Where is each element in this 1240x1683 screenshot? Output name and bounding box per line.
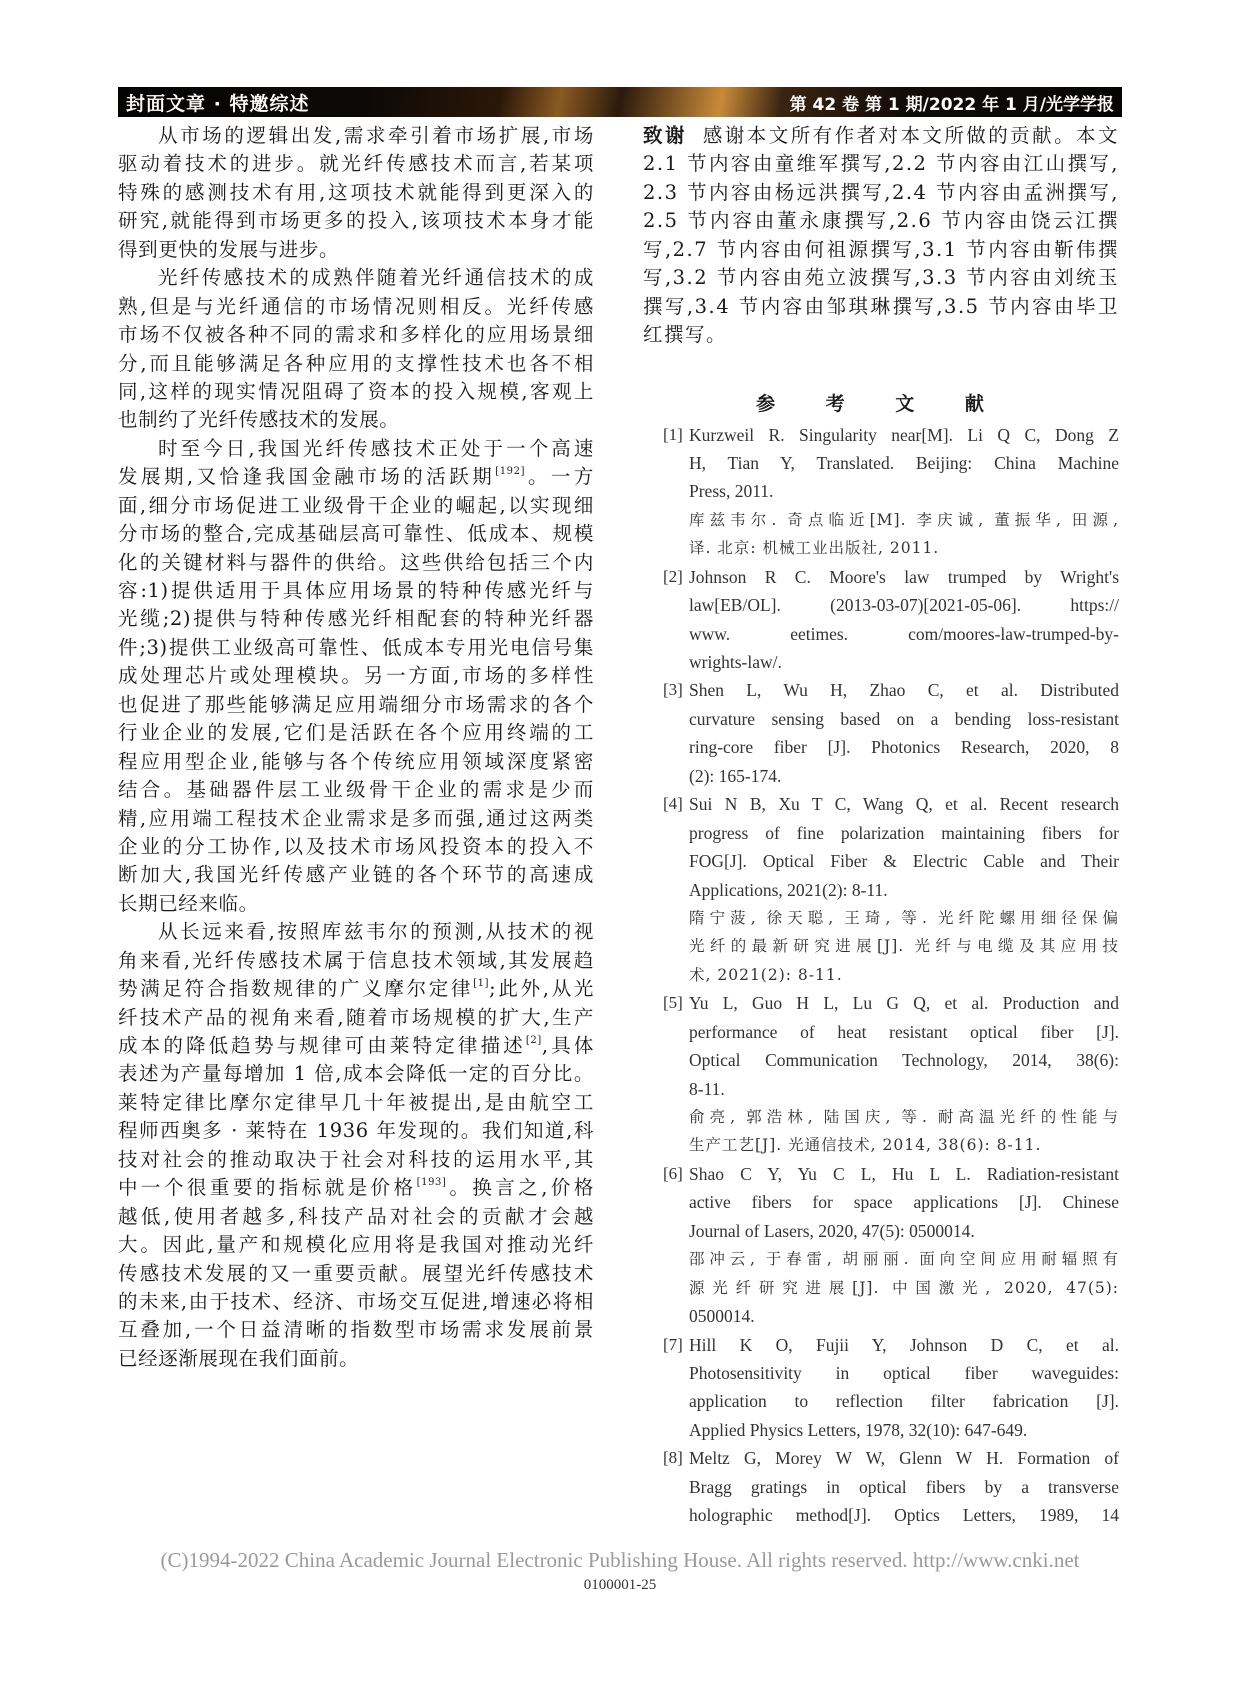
reference-line: 隋宁菠, 徐天聪, 王琦, 等. 光纤陀螺用细径保偏 — [689, 904, 1119, 932]
body-line: 熟,但是与光纤通信的市场情况则相反。光纤传感 — [118, 293, 594, 321]
reference-line: 术, 2021(2): 8-11. — [689, 961, 1119, 989]
reference-line: 0500014. — [689, 1302, 1119, 1330]
line-text: 面,细分市场促进工业级骨干企业的崛起,以实现细 — [118, 494, 594, 517]
body-line: 件;3)提供工业级高可靠性、低成本专用光电信号集 — [118, 634, 594, 662]
body-line: 光纤传感技术的成熟伴随着光纤通信技术的成 — [118, 264, 594, 292]
body-line: 长期已经来临。 — [118, 890, 594, 918]
acknowledgement-line: 撰写,3.4 节内容由邹琪琳撰写,3.5 节内容由毕卫 — [643, 293, 1119, 321]
body-line: 驱动着技术的进步。就光纤传感技术而言,若某项 — [118, 150, 594, 178]
line-text: 中一个很重要的指标就是价格 — [118, 1176, 417, 1199]
reference-line: active fibers for space applications [J]… — [689, 1188, 1119, 1216]
reference-item: [8]Meltz G, Morey W W, Glenn W H. Format… — [643, 1444, 1119, 1529]
line-text: 时至今日,我国光纤传感技术正处于一个高速 — [158, 437, 594, 460]
line-text: 光缆;2)提供与特种传感光纤相配套的特种光纤器 — [118, 607, 594, 630]
body-line: 也制约了光纤传感技术的发展。 — [118, 406, 594, 434]
reference-line: wrights-law/. — [689, 648, 1119, 676]
reference-line: FOG[J]. Optical Fiber & Electric Cable a… — [689, 847, 1119, 875]
line-text: 程应用型企业,能够与各个传统应用领域深度紧密 — [118, 750, 594, 773]
reference-line: Applications, 2021(2): 8-11. — [689, 876, 1119, 904]
reference-line: progress of fine polarization maintainin… — [689, 819, 1119, 847]
body-line: 越低,使用者越多,科技产品对社会的贡献才会越 — [118, 1203, 594, 1231]
body-line: 容:1)提供适用于具体应用场景的特种传感光纤与 — [118, 577, 594, 605]
reference-number: [7] — [663, 1331, 683, 1359]
body-line: 表述为产量每增加 1 倍,成本会降低一定的百分比。 — [118, 1060, 594, 1088]
reference-line: 生产工艺[J]. 光通信技术, 2014, 38(6): 8-11. — [689, 1131, 1119, 1159]
reference-line: H, Tian Y, Translated. Beijing: China Ma… — [689, 449, 1119, 477]
body-line: 的未来,由于技术、经济、市场交互促进,增速必将相 — [118, 1288, 594, 1316]
acknowledgement-line: 2.5 节内容由董永康撰写,2.6 节内容由饶云江撰 — [643, 207, 1119, 235]
reference-line: Journal of Lasers, 2020, 47(5): 0500014. — [689, 1217, 1119, 1245]
reference-line: Photosensitivity in optical fiber wavegu… — [689, 1359, 1119, 1387]
citation-marker: [1] — [473, 978, 489, 989]
line-text: 发展期,又恰逢我国金融市场的活跃期 — [118, 465, 495, 488]
reference-line: (2): 165-174. — [689, 762, 1119, 790]
reference-line: Press, 2011. — [689, 477, 1119, 505]
citation-marker: [2] — [526, 1035, 542, 1046]
body-line: 结合。基础器件层工业级骨干企业的需求是少而 — [118, 776, 594, 804]
line-text: 2.3 节内容由杨远洪撰写,2.4 节内容由孟洲撰写, — [643, 181, 1119, 204]
line-text: 光纤传感技术的成熟伴随着光纤通信技术的成 — [158, 266, 594, 289]
reference-line: 库兹韦尔. 奇点临近[M]. 李庆诚, 董振华, 田源, — [689, 506, 1119, 534]
line-text: 程师西奥多 · 莱特在 1936 年发现的。我们知道,科 — [118, 1119, 594, 1142]
reference-item: [7]Hill K O, Fujii Y, Johnson D C, et al… — [643, 1331, 1119, 1445]
body-line: 市场不仅被各种不同的需求和多样化的应用场景细 — [118, 321, 594, 349]
reference-number: [4] — [663, 790, 683, 818]
reference-line: Kurzweil R. Singularity near[M]. Li Q C,… — [689, 421, 1119, 449]
reference-item: [2]Johnson R C. Moore's law trumped by W… — [643, 563, 1119, 677]
line-text: 特殊的感测技术有用,这项技术就能得到更深入的 — [118, 181, 594, 204]
reference-line: Sui N B, Xu T C, Wang Q, et al. Recent r… — [689, 790, 1119, 818]
body-line: 面,细分市场促进工业级骨干企业的崛起,以实现细 — [118, 492, 594, 520]
body-line: 中一个很重要的指标就是价格[193]。换言之,价格 — [118, 1174, 594, 1202]
reference-line: Meltz G, Morey W W, Glenn W H. Formation… — [689, 1444, 1119, 1472]
line-text: 也促进了那些能够满足应用端细分市场需求的各个 — [118, 693, 594, 716]
body-line: 程应用型企业,能够与各个传统应用领域深度紧密 — [118, 748, 594, 776]
body-line: 光缆;2)提供与特种传感光纤相配套的特种光纤器 — [118, 605, 594, 633]
body-line: 分市场的整合,完成基础层高可靠性、低成本、规模 — [118, 520, 594, 548]
body-line: 角来看,光纤传感技术属于信息技术领域,其发展趋 — [118, 947, 594, 975]
citation-marker: [192] — [495, 466, 525, 477]
reference-line: Bragg gratings in optical fibers by a tr… — [689, 1473, 1119, 1501]
line-text: 红撰写。 — [643, 323, 727, 346]
reference-line: Hill K O, Fujii Y, Johnson D C, et al. — [689, 1331, 1119, 1359]
reference-line: application to reflection filter fabrica… — [689, 1387, 1119, 1415]
line-text: 纤技术产品的视角来看,随着市场规模的扩大,生产 — [118, 1006, 594, 1029]
body-line: 同,这样的现实情况阻碍了资本的投入规模,客观上 — [118, 378, 594, 406]
line-text: 研究,就能得到市场更多的投入,该项技术本身才能 — [118, 209, 594, 232]
line-text: 撰写,3.4 节内容由邹琪琳撰写,3.5 节内容由毕卫 — [643, 295, 1119, 318]
line-text: 精,应用端工程技术企业需求是多而强,通过这两类 — [118, 807, 594, 830]
acknowledgement-label: 致谢 — [643, 124, 687, 147]
reference-line: Shao C Y, Yu C L, Hu L L. Radiation-resi… — [689, 1160, 1119, 1188]
line-text: 化的关键材料与器件的供给。这些供给包括三个内 — [118, 551, 594, 574]
acknowledgement-line: 2.1 节内容由童维军撰写,2.2 节内容由江山撰写, — [643, 150, 1119, 178]
line-text: 越低,使用者越多,科技产品对社会的贡献才会越 — [118, 1205, 594, 1228]
line-text: 从市场的逻辑出发,需求牵引着市场扩展,市场 — [158, 124, 594, 147]
body-line: 化的关键材料与器件的供给。这些供给包括三个内 — [118, 549, 594, 577]
body-line: 分,而且能够满足各种应用的支撑性技术也各不相 — [118, 350, 594, 378]
reference-line: holographic method[J]. Optics Letters, 1… — [689, 1501, 1119, 1529]
line-text: 同,这样的现实情况阻碍了资本的投入规模,客观上 — [118, 380, 594, 403]
acknowledgement-section: 致谢感谢本文所有作者对本文所做的贡献。本文2.1 节内容由童维军撰写,2.2 节… — [643, 122, 1119, 350]
line-text: ,具体 — [542, 1034, 594, 1057]
body-line: 技对社会的推动取决于社会对科技的运用水平,其 — [118, 1146, 594, 1174]
acknowledgement-line: 致谢感谢本文所有作者对本文所做的贡献。本文 — [643, 122, 1119, 150]
line-text: 的未来,由于技术、经济、市场交互促进,增速必将相 — [118, 1290, 594, 1313]
line-text: 2.5 节内容由董永康撰写,2.6 节内容由饶云江撰 — [643, 209, 1119, 232]
body-line: 断加大,我国光纤传感产业链的各个环节的高速成 — [118, 861, 594, 889]
reference-line: performance of heat resistant optical fi… — [689, 1018, 1119, 1046]
reference-line: Shen L, Wu H, Zhao C, et al. Distributed — [689, 676, 1119, 704]
reference-item: [3]Shen L, Wu H, Zhao C, et al. Distribu… — [643, 676, 1119, 790]
body-line: 莱特定律比摩尔定律早几十年被提出,是由航空工 — [118, 1089, 594, 1117]
reference-line: 俞亮, 郭浩林, 陆国庆, 等. 耐高温光纤的性能与 — [689, 1103, 1119, 1131]
body-line: 纤技术产品的视角来看,随着市场规模的扩大,生产 — [118, 1004, 594, 1032]
line-text: 得到更快的发展与进步。 — [118, 238, 339, 261]
line-text: 莱特定律比摩尔定律早几十年被提出,是由航空工 — [118, 1091, 594, 1114]
body-line: 已经逐渐展现在我们面前。 — [118, 1345, 594, 1373]
line-text: 分市场的整合,完成基础层高可靠性、低成本、规模 — [118, 522, 594, 545]
reference-number: [6] — [663, 1160, 683, 1188]
line-text: 感谢本文所有作者对本文所做的贡献。本文 — [703, 124, 1119, 147]
reference-line: law[EB/OL]. (2013-03-07)[2021-05-06]. ht… — [689, 591, 1119, 619]
body-line: 精,应用端工程技术企业需求是多而强,通过这两类 — [118, 805, 594, 833]
reference-line: 8-11. — [689, 1075, 1119, 1103]
line-text: 传感技术发展的又一重要贡献。展望光纤传感技术 — [118, 1262, 594, 1285]
body-line: 也促进了那些能够满足应用端细分市场需求的各个 — [118, 691, 594, 719]
reference-item: [6]Shao C Y, Yu C L, Hu L L. Radiation-r… — [643, 1160, 1119, 1331]
body-line: 大。因此,量产和规模化应用将是我国对推动光纤 — [118, 1231, 594, 1259]
body-line: 企业的分工协作,以及技术市场风投资本的投入不 — [118, 833, 594, 861]
line-text: 驱动着技术的进步。就光纤传感技术而言,若某项 — [118, 152, 594, 175]
line-text: 断加大,我国光纤传感产业链的各个环节的高速成 — [118, 863, 594, 886]
reference-line: 源光纤研究进展[J]. 中国激光, 2020, 47(5): — [689, 1274, 1119, 1302]
reference-line: Optical Communication Technology, 2014, … — [689, 1046, 1119, 1074]
section-label: 封面文章 · 特邀综述 — [118, 89, 309, 116]
body-line: 程师西奥多 · 莱特在 1936 年发现的。我们知道,科 — [118, 1117, 594, 1145]
reference-number: [8] — [663, 1444, 683, 1472]
line-text: 成本的降低趋势与规律可由莱特定律描述 — [118, 1034, 526, 1057]
body-line: 时至今日,我国光纤传感技术正处于一个高速 — [118, 435, 594, 463]
reference-item: [1]Kurzweil R. Singularity near[M]. Li Q… — [643, 421, 1119, 563]
body-line: 成本的降低趋势与规律可由莱特定律描述[2],具体 — [118, 1032, 594, 1060]
acknowledgement-line: 写,3.2 节内容由苑立波撰写,3.3 节内容由刘统玉 — [643, 264, 1119, 292]
body-line: 得到更快的发展与进步。 — [118, 236, 594, 264]
line-text: 从长远来看,按照库兹韦尔的预测,从技术的视 — [158, 920, 594, 943]
running-header: 封面文章 · 特邀综述 第 42 卷 第 1 期/2022 年 1 月/光学学报 — [118, 87, 1122, 117]
citation-marker: [193] — [417, 1177, 447, 1188]
body-line: 互叠加,一个日益清晰的指数型市场需求发展前景 — [118, 1316, 594, 1344]
right-column: 致谢感谢本文所有作者对本文所做的贡献。本文2.1 节内容由童维军撰写,2.2 节… — [643, 122, 1119, 1530]
body-line: 势满足符合指数规律的广义摩尔定律[1];此外,从光 — [118, 975, 594, 1003]
reference-line: 邵冲云, 于春雷, 胡丽丽. 面向空间应用耐辐照有 — [689, 1245, 1119, 1273]
line-text: 写,2.7 节内容由何祖源撰写,3.1 节内容由靳伟撰 — [643, 238, 1119, 261]
body-line: 从长远来看,按照库兹韦尔的预测,从技术的视 — [118, 918, 594, 946]
body-line: 行业企业的发展,它们是活跃在各个应用终端的工 — [118, 719, 594, 747]
page-number: 0100001-25 — [0, 1577, 1240, 1594]
line-text: ;此外,从光 — [489, 977, 594, 1000]
line-text: 件;3)提供工业级高可靠性、低成本专用光电信号集 — [118, 636, 594, 659]
line-text: 长期已经来临。 — [118, 892, 259, 915]
body-line: 研究,就能得到市场更多的投入,该项技术本身才能 — [118, 207, 594, 235]
reference-list: [1]Kurzweil R. Singularity near[M]. Li Q… — [643, 421, 1119, 1530]
line-text: 。一方 — [525, 465, 594, 488]
line-text: 行业企业的发展,它们是活跃在各个应用终端的工 — [118, 721, 594, 744]
body-text-column: 从市场的逻辑出发,需求牵引着市场扩展,市场驱动着技术的进步。就光纤传感技术而言,… — [118, 122, 594, 1373]
line-text: 角来看,光纤传感技术属于信息技术领域,其发展趋 — [118, 949, 594, 972]
reference-line: Applied Physics Letters, 1978, 32(10): 6… — [689, 1416, 1119, 1444]
line-text: 分,而且能够满足各种应用的支撑性技术也各不相 — [118, 352, 594, 375]
reference-number: [5] — [663, 989, 683, 1017]
line-text: 结合。基础器件层工业级骨干企业的需求是少而 — [118, 778, 594, 801]
body-line: 传感技术发展的又一重要贡献。展望光纤传感技术 — [118, 1260, 594, 1288]
acknowledgement-line: 2.3 节内容由杨远洪撰写,2.4 节内容由孟洲撰写, — [643, 179, 1119, 207]
reference-number: [2] — [663, 563, 683, 591]
reference-number: [3] — [663, 676, 683, 704]
body-line: 发展期,又恰逢我国金融市场的活跃期[192]。一方 — [118, 463, 594, 491]
reference-item: [4]Sui N B, Xu T C, Wang Q, et al. Recen… — [643, 790, 1119, 989]
line-text: 也制约了光纤传感技术的发展。 — [118, 408, 399, 431]
line-text: 大。因此,量产和规模化应用将是我国对推动光纤 — [118, 1233, 594, 1256]
journal-issue-info: 第 42 卷 第 1 期/2022 年 1 月/光学学报 — [790, 90, 1122, 115]
line-text: 互叠加,一个日益清晰的指数型市场需求发展前景 — [118, 1318, 594, 1341]
body-line: 特殊的感测技术有用,这项技术就能得到更深入的 — [118, 179, 594, 207]
copyright-watermark: (C)1994-2022 China Academic Journal Elec… — [95, 1548, 1145, 1573]
reference-line: 光纤的最新研究进展[J]. 光纤与电缆及其应用技 — [689, 932, 1119, 960]
reference-line: 译. 北京: 机械工业出版社, 2011. — [689, 534, 1119, 562]
line-text: 势满足符合指数规律的广义摩尔定律 — [118, 977, 473, 1000]
acknowledgement-line: 红撰写。 — [643, 321, 1119, 349]
line-text: 已经逐渐展现在我们面前。 — [118, 1347, 359, 1370]
line-text: 2.1 节内容由童维军撰写,2.2 节内容由江山撰写, — [643, 152, 1119, 175]
reference-line: curvature sensing based on a bending los… — [689, 705, 1119, 733]
line-text: 成处理芯片或处理模块。另一方面,市场的多样性 — [118, 664, 594, 687]
line-text: 市场不仅被各种不同的需求和多样化的应用场景细 — [118, 323, 594, 346]
line-text: 技对社会的推动取决于社会对科技的运用水平,其 — [118, 1148, 594, 1171]
line-text: 表述为产量每增加 1 倍,成本会降低一定的百分比。 — [118, 1062, 594, 1085]
line-text: 熟,但是与光纤通信的市场情况则相反。光纤传感 — [118, 295, 594, 318]
reference-line: Yu L, Guo H L, Lu G Q, et al. Production… — [689, 989, 1119, 1017]
acknowledgement-line: 写,2.7 节内容由何祖源撰写,3.1 节内容由靳伟撰 — [643, 236, 1119, 264]
reference-line: ring-core fiber [J]. Photonics Research,… — [689, 733, 1119, 761]
references-heading: 参 考 文 献 — [643, 387, 1119, 421]
reference-number: [1] — [663, 421, 683, 449]
reference-line: Johnson R C. Moore's law trumped by Wrig… — [689, 563, 1119, 591]
reference-item: [5]Yu L, Guo H L, Lu G Q, et al. Product… — [643, 989, 1119, 1160]
line-text: 写,3.2 节内容由苑立波撰写,3.3 节内容由刘统玉 — [643, 266, 1119, 289]
body-line: 从市场的逻辑出发,需求牵引着市场扩展,市场 — [118, 122, 594, 150]
line-text: 。换言之,价格 — [447, 1176, 595, 1199]
body-line: 成处理芯片或处理模块。另一方面,市场的多样性 — [118, 662, 594, 690]
line-text: 容:1)提供适用于具体应用场景的特种传感光纤与 — [118, 579, 594, 602]
line-text: 企业的分工协作,以及技术市场风投资本的投入不 — [118, 835, 594, 858]
reference-line: www. eetimes. com/moores-law-trumped-by- — [689, 620, 1119, 648]
